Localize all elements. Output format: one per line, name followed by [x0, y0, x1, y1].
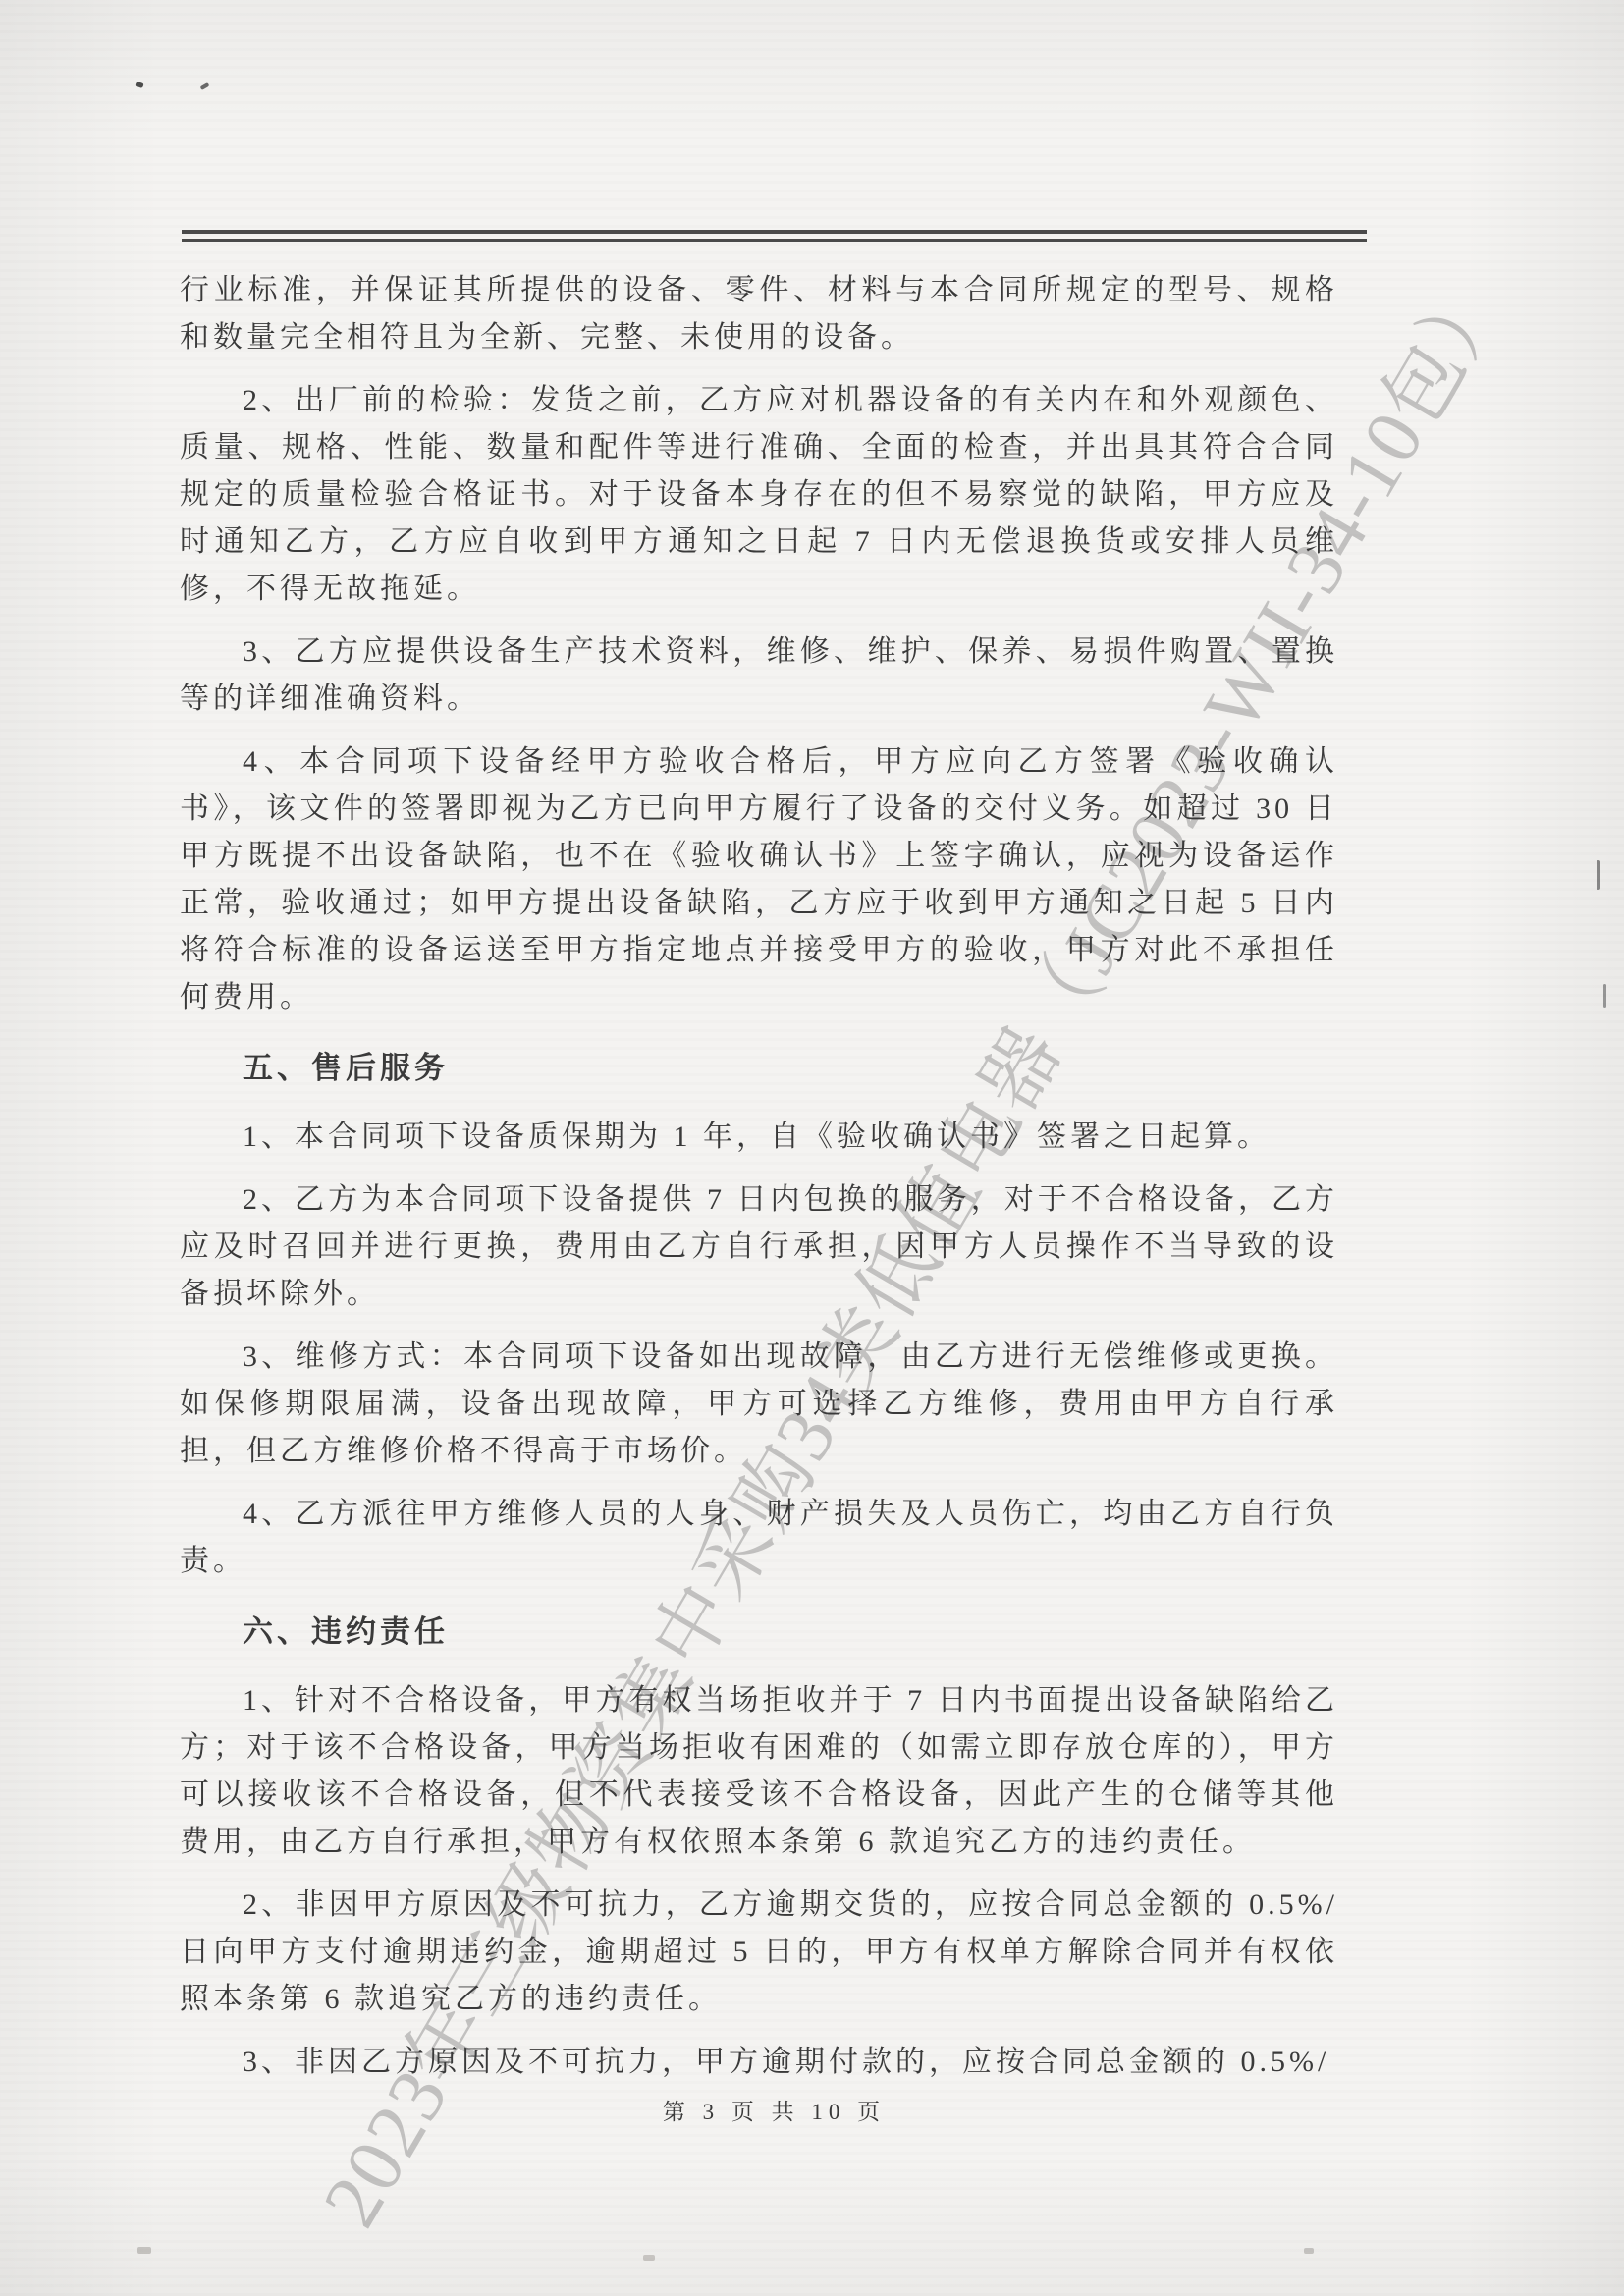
paragraph: 2、出厂前的检验：发货之前，乙方应对机器设备的有关内在和外观颜色、质量、规格、性…	[180, 377, 1338, 613]
paragraph: 4、本合同项下设备经甲方验收合格后，甲方应向乙方签署《验收确认书》，该文件的签署…	[180, 738, 1338, 1021]
scan-smudge	[1304, 2248, 1314, 2254]
paragraph: 3、非因乙方原因及不可抗力，甲方逾期付款的，应按合同总金额的 0.5%/	[180, 2039, 1338, 2086]
header-double-rule	[182, 230, 1367, 242]
scanned-contract-page: 2023年三级物资集中采购34类低值电器（JC2023-WII-34-10包） …	[0, 0, 1624, 2296]
paragraph: 2、乙方为本合同项下设备提供 7 日内包换的服务，对于不合格设备，乙方应及时召回…	[180, 1176, 1338, 1318]
page-number-footer: 第 3 页 共 10 页	[182, 2094, 1367, 2126]
paragraph: 1、本合同项下设备质保期为 1 年，自《验收确认书》签署之日起算。	[180, 1114, 1338, 1161]
paragraph: 3、乙方应提供设备生产技术资料，维修、维护、保养、易损件购置、置换等的详细准确资…	[180, 629, 1338, 723]
section-heading: 五、售后服务	[180, 1045, 1338, 1092]
paragraph: 1、针对不合格设备，甲方有权当场拒收并于 7 日内书面提出设备缺陷给乙方；对于该…	[180, 1677, 1338, 1866]
scan-speck	[135, 82, 143, 88]
section-heading: 六、违约责任	[180, 1609, 1338, 1656]
scan-smudge	[643, 2255, 655, 2261]
scan-smudge	[137, 2247, 151, 2254]
scan-edge-mark	[1603, 984, 1606, 1008]
paragraph: 2、非因甲方原因及不可抗力，乙方逾期交货的，应按合同总金额的 0.5%/日向甲方…	[180, 1882, 1338, 2023]
paragraph: 行业标准，并保证其所提供的设备、零件、材料与本合同所规定的型号、规格和数量完全相…	[180, 267, 1338, 361]
paragraph: 3、维修方式：本合同项下设备如出现故障，由乙方进行无偿维修或更换。如保修期限届满…	[180, 1334, 1338, 1475]
content-blocks: 行业标准，并保证其所提供的设备、零件、材料与本合同所规定的型号、规格和数量完全相…	[180, 267, 1338, 2102]
scan-edge-mark	[1597, 860, 1600, 890]
paragraph: 4、乙方派往甲方维修人员的人身、财产损失及人员伤亡，均由乙方自行负责。	[180, 1491, 1338, 1585]
scan-speck	[200, 82, 210, 90]
